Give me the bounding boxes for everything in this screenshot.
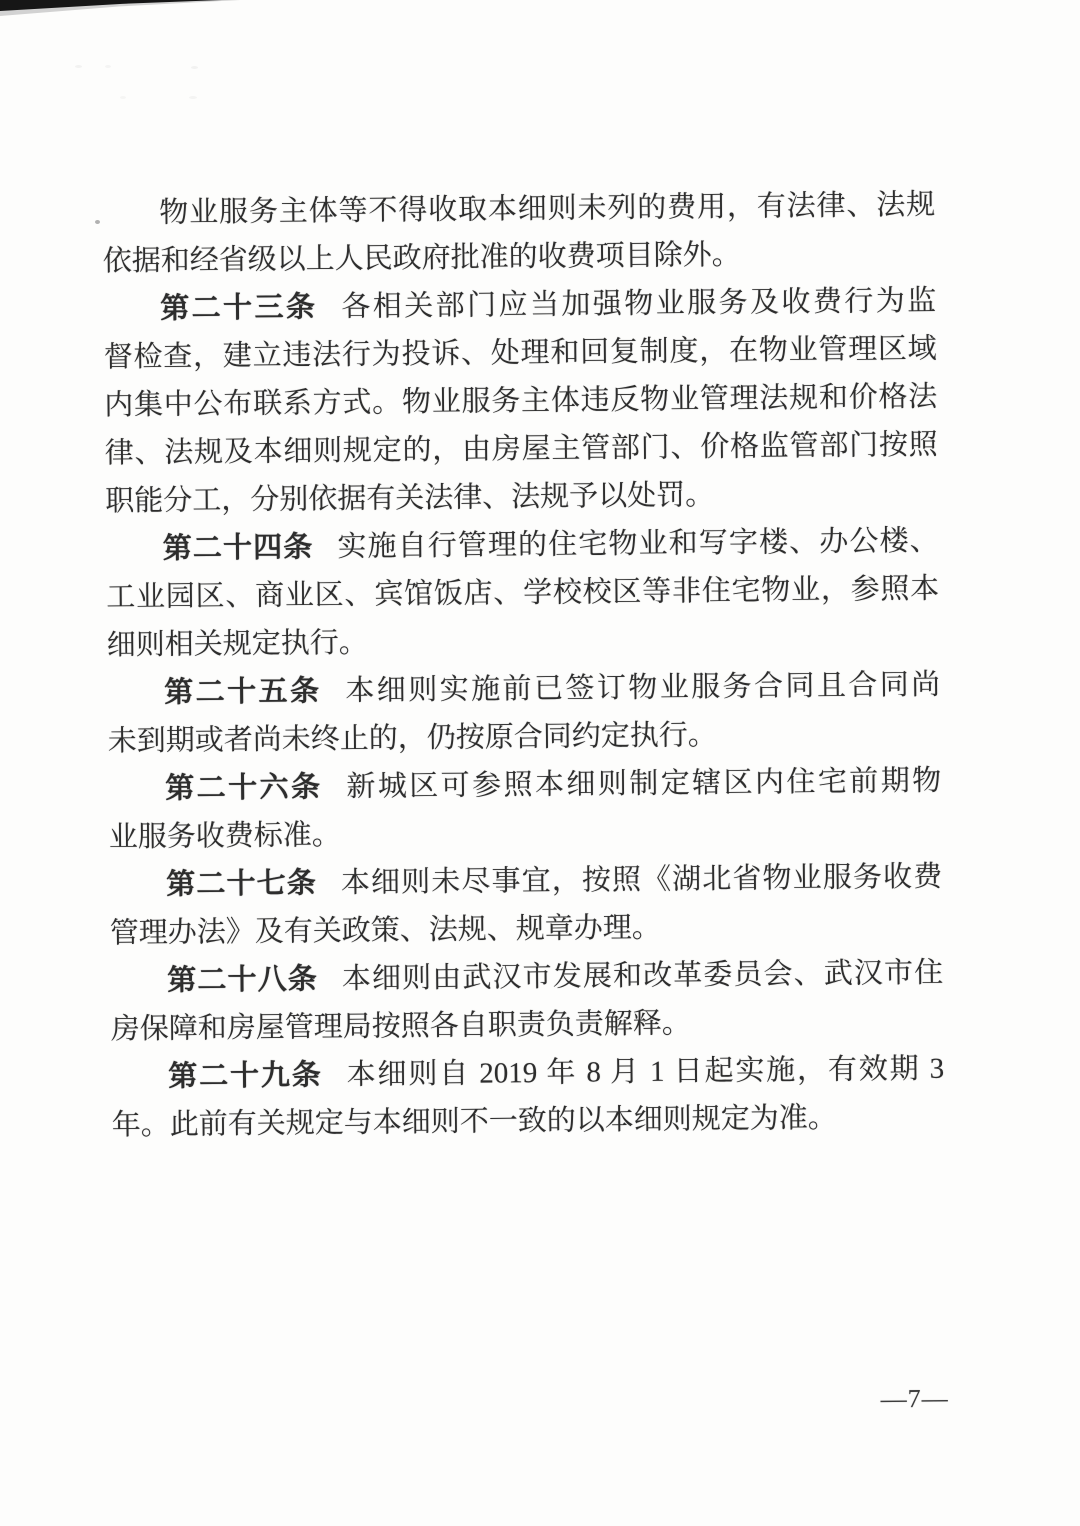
article-number: 第二十七条 bbox=[166, 867, 317, 901]
text-line: 第二十五条本细则实施前已签订物业服务合同且合同尚 bbox=[107, 661, 940, 718]
text-line: 工业园区、商业区、宾馆饭店、学校校区等非住宅物业，参照本 bbox=[106, 565, 939, 622]
text-line: 依据和经省级以上人民政府批准的收费项目除外。 bbox=[102, 229, 935, 286]
scan-content-layer: 物业服务主体等不得收取本细则未列的费用，有法律、法规依据和经省级以上人民政府批准… bbox=[0, 0, 1080, 1526]
text-line: 业服务收费标准。 bbox=[109, 805, 942, 862]
scanned-document-page: 物业服务主体等不得收取本细则未列的费用，有法律、法规依据和经省级以上人民政府批准… bbox=[0, 0, 1080, 1526]
text-line: 第二十三条各相关部门应当加强物业服务及收费行为监 bbox=[103, 277, 936, 334]
document-body: 物业服务主体等不得收取本细则未列的费用，有法律、法规依据和经省级以上人民政府批准… bbox=[102, 181, 945, 1150]
text-line: 职能分工，分别依据有关法律、法规予以处罚。 bbox=[105, 469, 938, 526]
text-line: 第二十六条新城区可参照本细则制定辖区内住宅前期物 bbox=[108, 757, 941, 814]
text-line: 第二十四条实施自行管理的住宅物业和写字楼、办公楼、 bbox=[105, 517, 938, 574]
text-line: 督检查，建立违法行为投诉、处理和回复制度，在物业管理区域 bbox=[103, 325, 936, 382]
text-line: 第二十七条本细则未尽事宜，按照《湖北省物业服务收费 bbox=[109, 853, 942, 910]
text-line: 律、法规及本细则规定的，由房屋主管部门、价格监管部门按照 bbox=[104, 421, 937, 478]
text-line: 第二十九条本细则自 2019 年 8 月 1 日起实施，有效期 3 bbox=[111, 1045, 944, 1102]
article-number: 第二十九条 bbox=[168, 1059, 323, 1093]
text-line: 细则相关规定执行。 bbox=[106, 613, 939, 670]
text-line: 未到期或者尚未终止的，仍按原合同约定执行。 bbox=[108, 709, 941, 766]
article-number: 第二十三条 bbox=[160, 291, 317, 325]
text-line: 房保障和房屋管理局按照各自职责负责解释。 bbox=[111, 997, 944, 1054]
text-line: 物业服务主体等不得收取本细则未列的费用，有法律、法规 bbox=[102, 181, 935, 238]
article-number: 第二十四条 bbox=[163, 531, 314, 565]
text-line: 内集中公布联系方式。物业服务主体违反物业管理法规和价格法 bbox=[104, 373, 937, 430]
article-number: 第二十五条 bbox=[164, 675, 321, 709]
article-number: 第二十八条 bbox=[167, 963, 318, 997]
text-line: 管理办法》及有关政策、法规、规章办理。 bbox=[110, 901, 943, 958]
text-line: 年。此前有关规定与本细则不一致的以本细则规定为准。 bbox=[112, 1093, 945, 1150]
text-line: 第二十八条本细则由武汉市发展和改革委员会、武汉市住 bbox=[110, 949, 943, 1006]
article-number: 第二十六条 bbox=[165, 771, 322, 805]
page-number: —7— bbox=[881, 1384, 949, 1415]
